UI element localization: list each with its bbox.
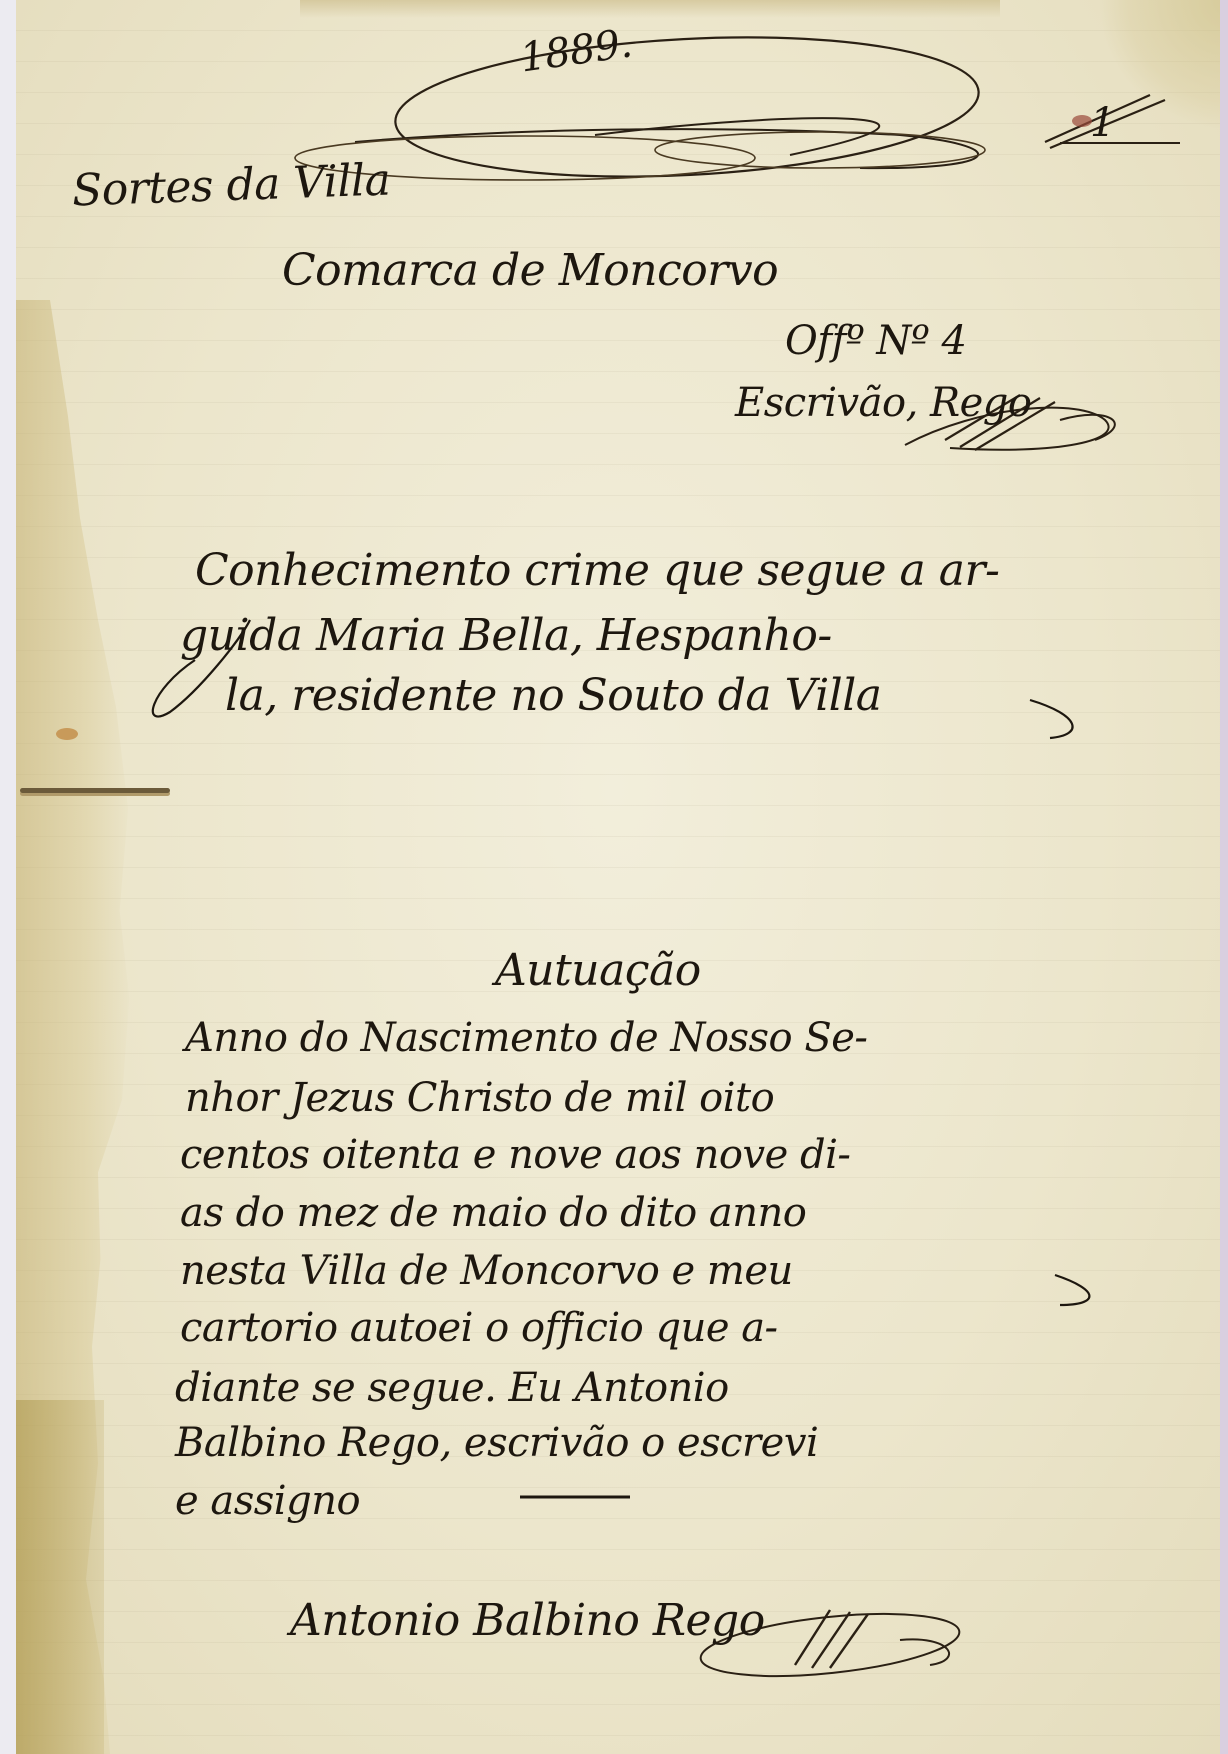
summary-line-3: la, residente no Souto da Villa (225, 670, 882, 721)
body-line-8: Balbino Rego, escrivão o escrevi (175, 1420, 818, 1466)
binding-thread (20, 788, 170, 793)
binding-edge (0, 0, 16, 1754)
body-line-1: Anno do Nascimento de Nosso Se- (185, 1015, 867, 1061)
water-stain-top (300, 0, 1000, 18)
body-line-7: diante se segue. Eu Antonio (175, 1365, 729, 1411)
binding-hole (56, 728, 78, 740)
signature: Antonio Balbino Rego (290, 1595, 765, 1646)
body-line-4: as do mez de maio do dito anno (180, 1190, 806, 1236)
summary-line-2: guida Maria Bella, Hespanho- (180, 610, 832, 661)
water-stain-bottom-left (14, 1400, 104, 1754)
page-edge-right (1220, 0, 1228, 1754)
manuscript-page: 1889. 1 Sortes da Villa Comarca de Monco… (0, 0, 1228, 1754)
body-line-6: cartorio autoei o officio que a- (180, 1305, 778, 1351)
water-stain-top-right (1098, 0, 1228, 130)
court-name: Comarca de Moncorvo (282, 245, 778, 296)
body-line-9: e assigno (175, 1478, 360, 1524)
body-line-2: nhor Jezus Christo de mil oito (185, 1075, 774, 1121)
clerk-line: Escrivão, Rego (735, 380, 1031, 426)
office-number: Offº Nº 4 (785, 318, 966, 364)
summary-line-1: Conhecimento crime que segue a ar- (195, 545, 999, 596)
body-line-5: nesta Villa de Moncorvo e meu (180, 1248, 793, 1294)
section-title: Autuação (495, 945, 701, 996)
folio-number: 1 (1090, 100, 1115, 146)
body-line-3: centos oitenta e nove aos nove di- (180, 1132, 850, 1178)
